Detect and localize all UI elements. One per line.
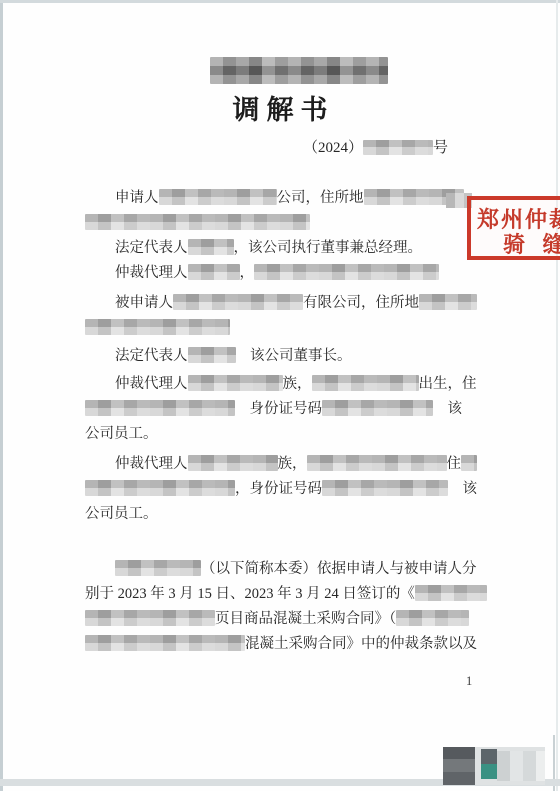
text-run: ，身份证号码 — [235, 481, 322, 497]
redacted-text — [188, 375, 283, 391]
text-run: 出生，住 — [419, 376, 477, 392]
watermark-teal-cell — [481, 764, 497, 779]
redacted-text — [85, 635, 245, 651]
redacted-text — [188, 347, 236, 363]
document-page: 调解书 （2024）号 申请人公司，住所地法定代表人，该公司执行董事兼总经理。仲… — [0, 0, 560, 791]
redacted-text — [188, 455, 278, 471]
scan-edge-top — [0, 0, 560, 3]
redacted-text — [159, 189, 277, 205]
text-run: 族， — [283, 376, 312, 392]
redacted-text — [85, 610, 215, 626]
scan-edge-right-fold — [553, 735, 555, 791]
document-line: 仲裁代理人族，出生，住 — [85, 372, 477, 397]
redacted-text — [188, 264, 240, 280]
redacted-text — [85, 214, 310, 230]
text-run: （以下简称本委）依据申请人与被申请人分 — [201, 561, 477, 577]
redacted-text — [115, 560, 201, 576]
text-run: 法定代表人 — [115, 348, 188, 364]
watermark-light-cell — [497, 751, 545, 781]
document-line: 公司员工。 — [85, 502, 477, 527]
seal-text-line2: 骑 缝 — [503, 228, 560, 259]
document-line: （以下简称本委）依据申请人与被申请人分 — [85, 557, 477, 582]
text-run: 该 — [448, 481, 477, 497]
text-run: 该 — [433, 401, 462, 417]
page-number: 1 — [466, 674, 472, 689]
document-line — [85, 316, 477, 341]
document-line: 混凝土采购合同》中的仲裁条款以及 — [85, 632, 477, 657]
text-run: 公司员工。 — [85, 506, 158, 522]
watermark-dark-cell — [443, 747, 475, 785]
redacted-text — [254, 264, 439, 280]
case-suffix: 号 — [433, 140, 448, 156]
text-run: 仲裁代理人 — [115, 456, 188, 472]
redacted-text — [322, 400, 433, 416]
document-line: 身份证号码 该 — [85, 397, 477, 422]
text-run: 申请人 — [115, 190, 159, 206]
text-run: 公司员工。 — [85, 426, 158, 442]
case-year: （2024） — [303, 140, 363, 156]
redacted-text — [461, 455, 477, 471]
arbitration-seal: 郑州仲裁 骑 缝 — [467, 196, 560, 260]
redacted-text — [307, 455, 447, 471]
text-run: 住 — [447, 456, 462, 472]
text-run: 仲裁代理人 — [115, 265, 188, 281]
text-run: 混凝土采购合同》中的仲裁条款以及 — [245, 636, 477, 652]
text-run: 公司，住所地 — [277, 190, 364, 206]
redacted-text — [85, 319, 230, 335]
redacted-text — [312, 375, 419, 391]
redacted-text — [85, 480, 235, 496]
document-line: 公司员工。 — [85, 422, 477, 447]
watermark-slate-cell — [481, 749, 497, 764]
document-line: 仲裁代理人， — [85, 261, 477, 286]
document-body: 申请人公司，住所地法定代表人，该公司执行董事兼总经理。仲裁代理人，被申请人有限公… — [85, 186, 477, 657]
text-run: 页目商品混凝土采购合同》（ — [215, 611, 396, 627]
redacted-text — [322, 480, 448, 496]
document-line: 申请人公司，住所地 — [85, 186, 477, 211]
text-run: 被申请人 — [115, 295, 173, 311]
text-run: 身份证号码 — [235, 401, 322, 417]
text-run: 该公司董事长。 — [236, 348, 352, 364]
redacted-text — [396, 610, 469, 626]
text-run: 有限公司，住所地 — [303, 295, 419, 311]
document-line: 法定代表人 该公司董事长。 — [85, 344, 477, 369]
document-title: 调解书 — [0, 88, 560, 127]
redacted-text — [415, 585, 487, 601]
document-line: 仲裁代理人族，住 — [85, 452, 477, 477]
case-number-line: （2024）号 — [303, 136, 448, 157]
redacted-text — [188, 239, 234, 255]
document-line: 被申请人有限公司，住所地 — [85, 291, 477, 316]
redacted-text — [419, 294, 477, 310]
text-run: ， — [240, 265, 255, 281]
redacted-text — [85, 400, 235, 416]
redacted-text — [173, 294, 303, 310]
text-run: 仲裁代理人 — [115, 376, 188, 392]
text-run: 别于 2023 年 3 月 15 日、2023 年 3 月 24 日签订的《 — [85, 586, 415, 602]
document-line — [85, 211, 477, 236]
document-line: 法定代表人，该公司执行董事兼总经理。 — [85, 236, 477, 261]
text-run: 法定代表人 — [115, 240, 188, 256]
text-run: 族， — [278, 456, 307, 472]
document-line: 别于 2023 年 3 月 15 日、2023 年 3 月 24 日签订的《 — [85, 582, 477, 607]
redacted-case-number — [363, 140, 433, 155]
document-line: ，身份证号码 该 — [85, 477, 477, 502]
redacted-heading — [210, 57, 388, 84]
redacted-watermark — [443, 747, 545, 785]
document-line: 页目商品混凝土采购合同》（ — [85, 607, 477, 632]
text-run: ，该公司执行董事兼总经理。 — [234, 240, 423, 256]
